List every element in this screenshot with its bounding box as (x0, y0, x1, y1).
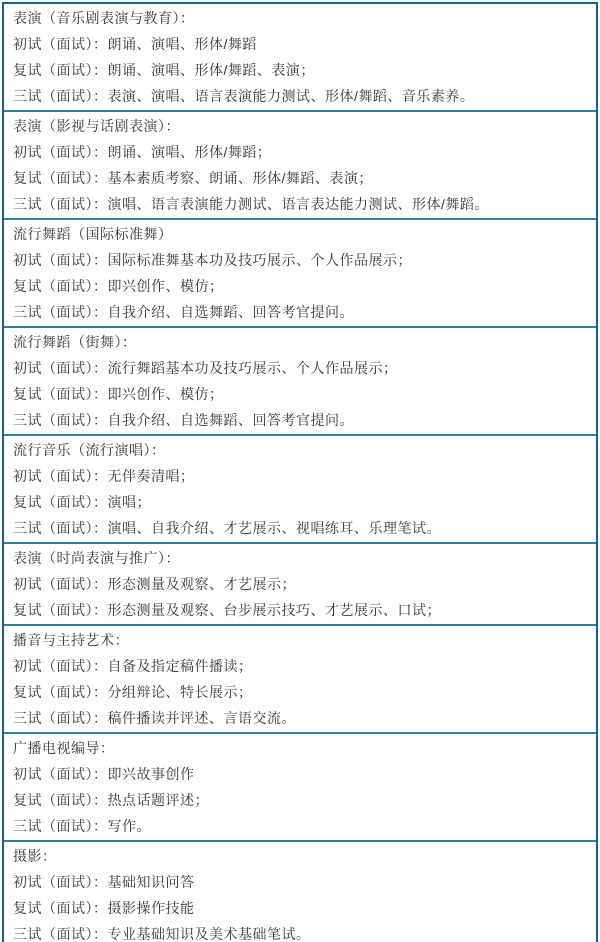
program-row-film-drama-performance: 表演（影视与话剧表演）： 初试（面试）：朗诵、演唱、形体/舞蹈； 复试（面试）：… (4, 112, 596, 220)
exam-line-first: 初试（面试）：朗诵、演唱、形体/舞蹈 (13, 31, 587, 57)
program-row-fashion-performance: 表演（时尚表演与推广）： 初试（面试）：形态测量及观察、才艺展示； 复试（面试）… (4, 544, 596, 626)
exam-line-first: 初试（面试）：流行舞蹈基本功及技巧展示、个人作品展示； (13, 355, 587, 381)
program-row-musical-performance: 表演（音乐剧表演与教育）： 初试（面试）：朗诵、演唱、形体/舞蹈 复试（面试）：… (4, 4, 596, 112)
exam-line-second: 复试（面试）：即兴创作、模仿； (13, 381, 587, 407)
program-title: 播音与主持艺术： (13, 627, 587, 653)
exam-line-first: 初试（面试）：朗诵、演唱、形体/舞蹈； (13, 139, 587, 165)
exam-line-second: 复试（面试）：摄影操作技能 (13, 895, 587, 921)
program-row-street-dance: 流行舞蹈（街舞）： 初试（面试）：流行舞蹈基本功及技巧展示、个人作品展示； 复试… (4, 328, 596, 436)
exam-line-second: 复试（面试）：热点话题评述； (13, 787, 587, 813)
program-row-broadcasting-hosting: 播音与主持艺术： 初试（面试）：自备及指定稿件播读； 复试（面试）：分组辩论、特… (4, 626, 596, 734)
exam-line-third: 三试（面试）：自我介绍、自选舞蹈、回答考官提问。 (13, 299, 587, 325)
exam-line-second: 复试（面试）：朗诵、演唱、形体/舞蹈、表演； (13, 57, 587, 83)
program-title: 表演（影视与话剧表演）： (13, 113, 587, 139)
exam-line-third: 三试（面试）：演唱、自我介绍、才艺展示、视唱练耳、乐理笔试。 (13, 515, 587, 541)
program-title: 表演（时尚表演与推广）： (13, 545, 587, 571)
exam-line-third: 三试（面试）：专业基础知识及美术基础笔试。 (13, 921, 587, 942)
exam-line-second: 复试（面试）：形态测量及观察、台步展示技巧、才艺展示、口试； (13, 597, 587, 623)
exam-line-first: 初试（面试）：基础知识问答 (13, 869, 587, 895)
program-title: 流行舞蹈（街舞）： (13, 329, 587, 355)
program-title: 表演（音乐剧表演与教育）： (13, 5, 587, 31)
program-row-photography: 摄影： 初试（面试）：基础知识问答 复试（面试）：摄影操作技能 三试（面试）：专… (4, 842, 596, 942)
exam-line-first: 初试（面试）：形态测量及观察、才艺展示； (13, 571, 587, 597)
exam-line-third: 三试（面试）：自我介绍、自选舞蹈、回答考官提问。 (13, 407, 587, 433)
program-title: 流行舞蹈（国际标准舞） (13, 221, 587, 247)
exam-line-third: 三试（面试）：稿件播读并评述、言语交流。 (13, 705, 587, 731)
program-title: 广播电视编导： (13, 735, 587, 761)
exam-line-second: 复试（面试）：基本素质考察、朗诵、形体/舞蹈、表演； (13, 165, 587, 191)
exam-line-third: 三试（面试）：表演、演唱、语言表演能力测试、形体/舞蹈、音乐素养。 (13, 83, 587, 109)
exam-line-third: 三试（面试）：写作。 (13, 813, 587, 839)
program-row-pop-music: 流行音乐（流行演唱）： 初试（面试）：无伴奏清唱； 复试（面试）：演唱； 三试（… (4, 436, 596, 544)
exam-line-first: 初试（面试）：即兴故事创作 (13, 761, 587, 787)
exam-line-first: 初试（面试）：自备及指定稿件播读； (13, 653, 587, 679)
exam-line-second: 复试（面试）：分组辩论、特长展示； (13, 679, 587, 705)
exam-line-first: 初试（面试）：无伴奏清唱； (13, 463, 587, 489)
exam-line-second: 复试（面试）：即兴创作、模仿； (13, 273, 587, 299)
exam-line-third: 三试（面试）：演唱、语言表演能力测试、语言表达能力测试、形体/舞蹈。 (13, 191, 587, 217)
program-title: 流行音乐（流行演唱）： (13, 437, 587, 463)
exam-subjects-table: 表演（音乐剧表演与教育）： 初试（面试）：朗诵、演唱、形体/舞蹈 复试（面试）：… (2, 2, 598, 942)
program-title: 摄影： (13, 843, 587, 869)
program-row-radio-tv-directing: 广播电视编导： 初试（面试）：即兴故事创作 复试（面试）：热点话题评述； 三试（… (4, 734, 596, 842)
exam-line-second: 复试（面试）：演唱； (13, 489, 587, 515)
exam-line-first: 初试（面试）：国际标准舞基本功及技巧展示、个人作品展示； (13, 247, 587, 273)
program-row-ballroom-dance: 流行舞蹈（国际标准舞） 初试（面试）：国际标准舞基本功及技巧展示、个人作品展示；… (4, 220, 596, 328)
